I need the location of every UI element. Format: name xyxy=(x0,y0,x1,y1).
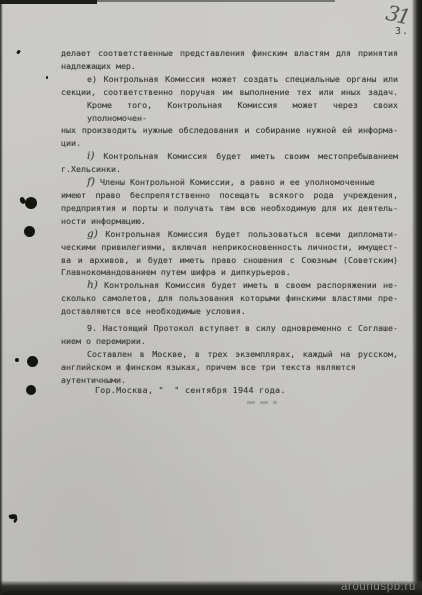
document-line: г.Хельсинки. xyxy=(61,163,398,176)
document-line: сколько самолетов, для пользования котор… xyxy=(61,292,398,305)
document-line: i) Контрольная Комиссия будет иметь свои… xyxy=(61,150,398,163)
ink-speck xyxy=(15,358,19,362)
typed-page-number: 3. xyxy=(395,26,409,37)
document-line: Кроме того, Контрольная Комиссия может ч… xyxy=(61,99,398,125)
document-text: делает соответственные представления фин… xyxy=(61,47,398,387)
document-line: ных производить нужные обследования и со… xyxy=(61,124,398,137)
document-line: надлежащих мер. xyxy=(61,60,398,73)
document-line: f) Члены Контрольной Комиссии, а равно и… xyxy=(61,176,398,189)
document-line: предприятия и порты и получать там всю н… xyxy=(61,202,398,215)
watermark: aroundspb.ru xyxy=(341,581,416,593)
handwritten-letter-marker: i) xyxy=(87,150,94,162)
handwritten-page-number: 31 xyxy=(384,1,412,29)
ink-speck xyxy=(16,50,21,55)
ink-blot xyxy=(26,385,36,395)
ink-mark xyxy=(13,517,18,524)
document-line: ва и архивов, и будет иметь право сношен… xyxy=(61,254,398,267)
handwritten-letter-marker: h) xyxy=(87,279,98,291)
document-line: ности информацию. xyxy=(61,215,398,228)
document-line: доставляются все необходимые условия. xyxy=(61,305,398,318)
handwritten-letter-marker: f) xyxy=(87,176,95,188)
ink-blot xyxy=(27,356,38,367)
scanned-page: 31 3. делает соответственные представлен… xyxy=(0,0,422,595)
document-line: делает соответственные представления фин… xyxy=(61,47,398,60)
scan-edge-top xyxy=(0,0,97,4)
document-line: английском и финском языках, причем все … xyxy=(61,361,398,374)
date-line: Гор.Москва, " " сентября 1944 года. xyxy=(95,385,286,395)
document-line: нием о перемирии. xyxy=(61,335,398,348)
document-line: е) Контрольная Комиссия может создать сп… xyxy=(61,73,398,86)
document-line: имеют право беспрепятственно посещать вс… xyxy=(61,189,398,202)
document-line: ции. xyxy=(61,137,398,150)
handwritten-letter-marker: g) xyxy=(87,228,98,240)
ink-speck xyxy=(46,76,48,79)
ink-blot xyxy=(25,197,37,209)
document-line: Главнокомандованием путем шифра и дипкур… xyxy=(61,266,398,279)
scan-edge-top-thin xyxy=(97,0,335,2)
document-line: Составлен в Москве, в трех экземплярах, … xyxy=(61,348,398,361)
scan-edge-right xyxy=(412,0,422,595)
document-line: 9. Настоящий Протокол вступает в силу од… xyxy=(61,322,398,335)
document-line: секции, соответственно поручая им выполн… xyxy=(61,86,398,99)
ink-blot xyxy=(24,226,35,237)
document-line: ческими привилегиями, включая неприкосно… xyxy=(61,241,398,254)
document-line: h) Контрольная Комиссия будет иметь в св… xyxy=(61,279,398,292)
scan-edge-left xyxy=(0,0,3,595)
pencil-smudge xyxy=(247,401,277,404)
document-line: g) Контрольная Комиссия будет пользовать… xyxy=(61,228,398,241)
